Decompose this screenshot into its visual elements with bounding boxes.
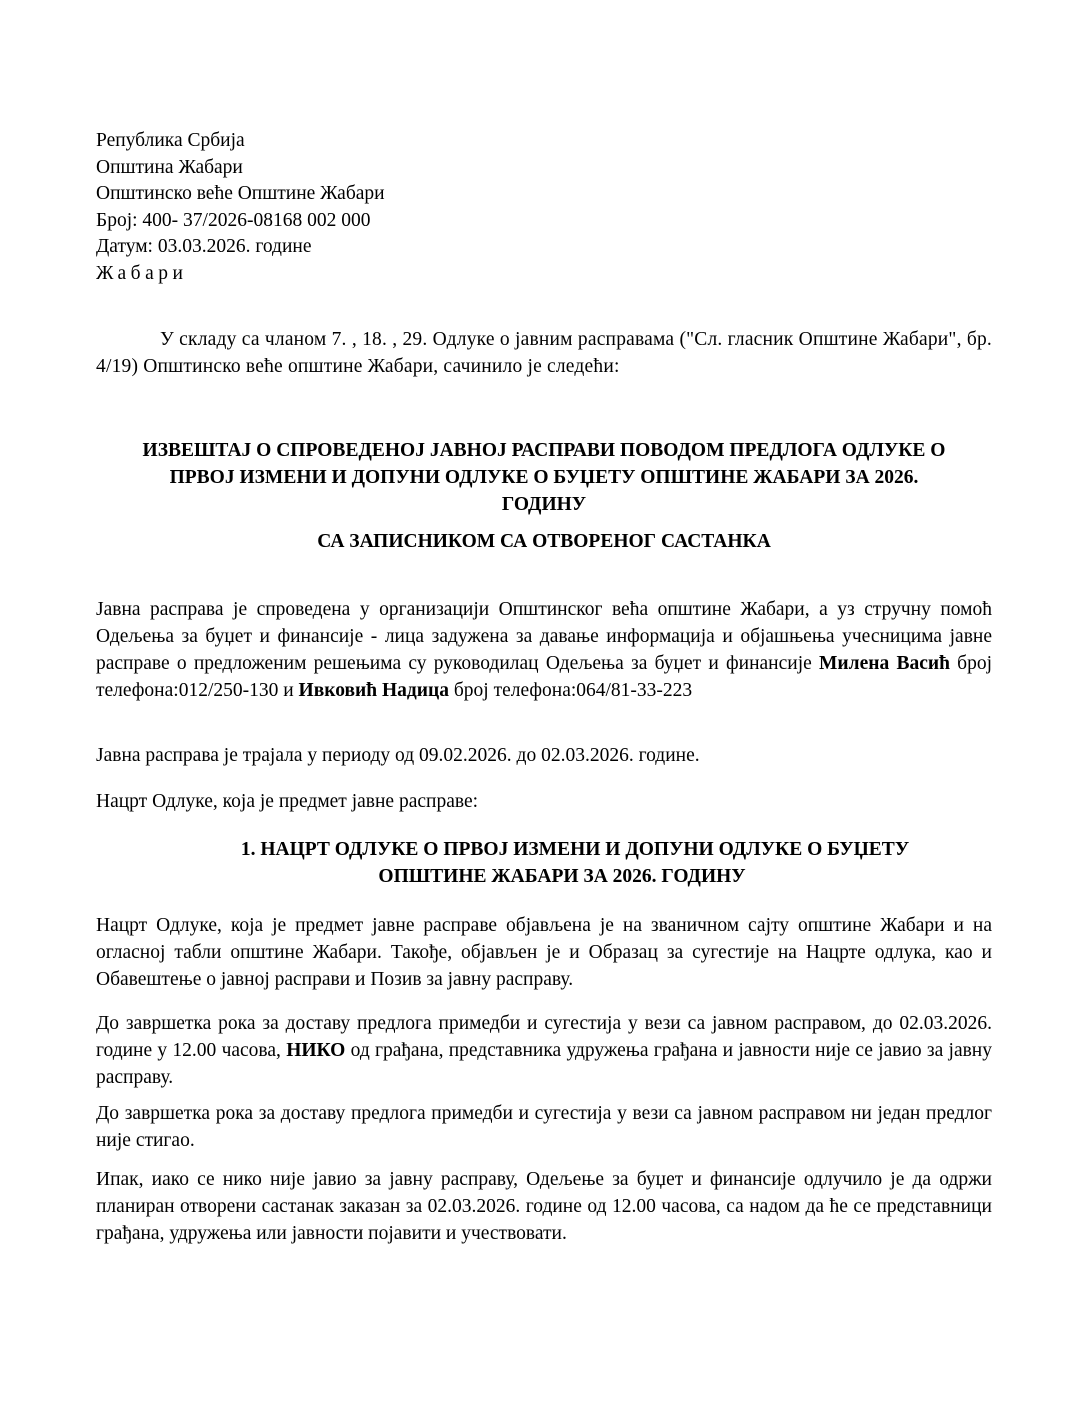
paragraph-draft-intro: Нацрт Одлуке, која је предмет јавне расп… xyxy=(96,788,992,815)
paragraph-no-proposals: До завршетка рока за доставу предлога пр… xyxy=(96,1100,992,1154)
draft-item-title-line-1: 1. НАЦРТ ОДЛУКЕ О ПРВОЈ ИЗМЕНИ И ДОПУНИ … xyxy=(96,836,992,863)
report-title-line-1: ИЗВЕШТАЈ О СПРОВЕДЕНОЈ ЈАВНОЈ РАСПРАВИ П… xyxy=(96,437,992,464)
report-subtitle: СА ЗАПИСНИКОМ СА ОТВОРЕНОГ САСТАНКА xyxy=(96,531,992,553)
contact-person-1: Милена Васић xyxy=(819,653,950,674)
header-date: Датум: 03.03.2026. године xyxy=(96,234,385,261)
header-place: Жабари xyxy=(96,261,385,288)
report-title-line-2: ПРВОЈ ИЗМЕНИ И ДОПУНИ ОДЛУКЕ О БУЏЕТУ ОП… xyxy=(96,464,992,491)
header-council: Општинско веће Општине Жабари xyxy=(96,181,385,208)
contact-person-2: Ивковић Надица xyxy=(299,680,449,701)
paragraph-no-participants: До завршетка рока за доставу предлога пр… xyxy=(96,1010,992,1091)
intro-paragraph: У складу са чланом 7. , 18. , 29. Одлуке… xyxy=(96,326,992,380)
document-header: Република Србија Општина Жабари Општинск… xyxy=(96,128,385,287)
report-title: ИЗВЕШТАЈ О СПРОВЕДЕНОЈ ЈАВНОЈ РАСПРАВИ П… xyxy=(96,437,992,518)
draft-item-title-line-2: ОПШТИНЕ ЖАБАРИ ЗА 2026. ГОДИНУ xyxy=(96,863,992,890)
paragraph-open-meeting: Ипак, иако се нико није јавио за јавну р… xyxy=(96,1166,992,1247)
paragraph-publication: Нацрт Одлуке, која је предмет јавне расп… xyxy=(96,912,992,993)
draft-item-title: 1. НАЦРТ ОДЛУКЕ О ПРВОЈ ИЗМЕНИ И ДОПУНИ … xyxy=(96,836,992,890)
report-title-line-3: ГОДИНУ xyxy=(96,491,992,518)
paragraph-organization: Јавна расправа је спроведена у организац… xyxy=(96,596,992,704)
header-municipality: Општина Жабари xyxy=(96,155,385,182)
header-number: Број: 400- 37/2026-08168 002 000 xyxy=(96,208,385,235)
nobody-emphasis: НИКО xyxy=(286,1040,345,1061)
paragraph-duration: Јавна расправа је трајала у периоду од 0… xyxy=(96,742,992,769)
header-country: Република Србија xyxy=(96,128,385,155)
paragraph-organization-text-c: број телефона:064/81-33-223 xyxy=(449,680,692,701)
